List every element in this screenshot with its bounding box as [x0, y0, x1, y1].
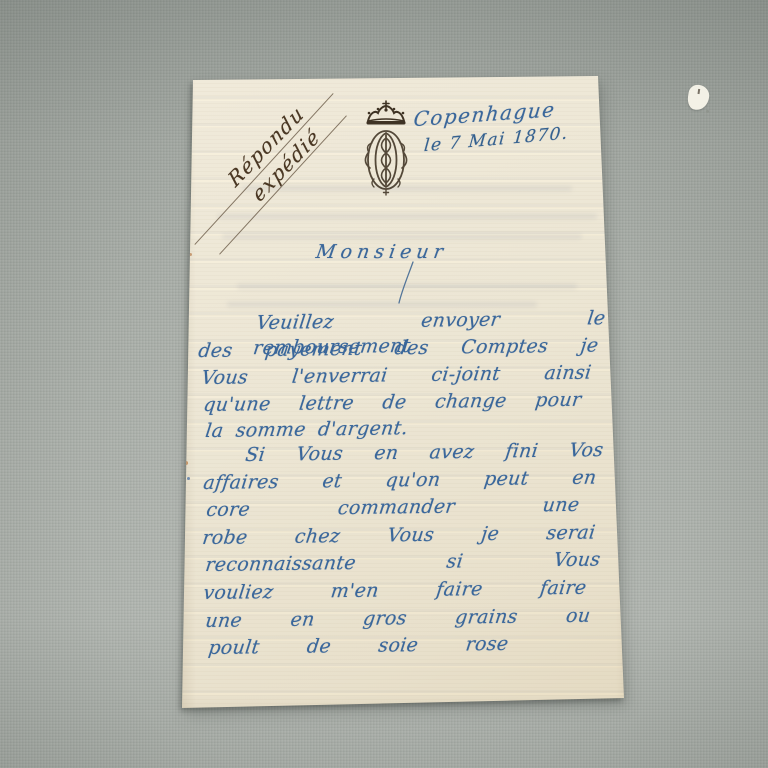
white-paint-chip	[686, 84, 710, 112]
foxing-spot	[184, 461, 188, 465]
ink-showthrough	[222, 234, 582, 239]
body-line: core commander une	[205, 493, 581, 523]
letter-sheet: Répondu expédié	[182, 74, 628, 712]
body-line: la somme d'argent.	[204, 416, 437, 444]
letter-photograph: Répondu expédié	[0, 0, 768, 768]
ink-showthrough	[227, 302, 537, 307]
body-line: qu'une lettre de change pour	[202, 388, 583, 418]
foxing-spot	[189, 253, 192, 256]
letter-sheet-wrapper: Répondu expédié	[182, 74, 628, 712]
fabric-speck	[706, 110, 709, 113]
body-line: Veuillez envoyer le remboursement	[255, 306, 607, 336]
body-line: Si Vous en avez fini Vos	[244, 438, 605, 468]
salutation-flourish	[396, 260, 420, 306]
chip-mark	[698, 89, 700, 94]
crowned-monogram-icon	[360, 100, 412, 198]
ink-fleck	[187, 477, 190, 480]
ink-showthrough	[217, 214, 597, 219]
salutation: Monsieur	[315, 241, 450, 263]
body-line: poult de soie rose	[207, 632, 510, 661]
